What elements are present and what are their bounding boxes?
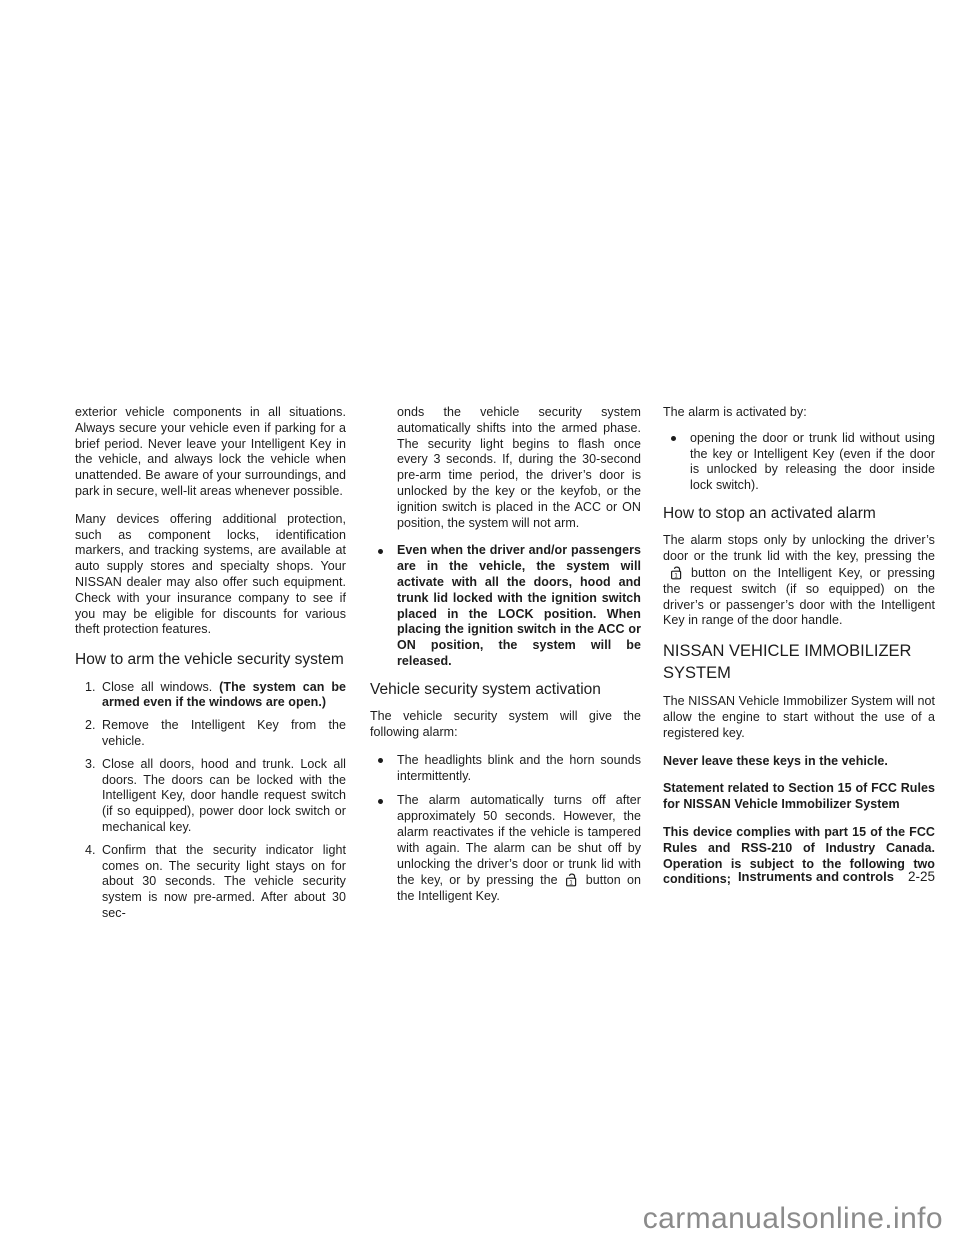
svg-text:1: 1: [569, 880, 573, 887]
column-middle: onds the vehicle security system automat…: [370, 405, 641, 912]
paragraph-prearm-continuation: onds the vehicle security system automat…: [370, 405, 641, 531]
heading-stop-alarm: How to stop an activated alarm: [663, 504, 935, 525]
unlock-icon: 1: [670, 565, 684, 580]
list-item-text: Close all windows.: [102, 680, 219, 694]
bullet-icon: [378, 758, 383, 763]
bullet-item-even-when: Even when the driver and/or passengers a…: [370, 543, 641, 669]
list-number: 3.: [85, 757, 96, 773]
heading-immobilizer-system: NISSAN VEHICLE IMMOBILIZER SYSTEM: [663, 641, 935, 684]
watermark-text: carmanualsonline.info: [643, 1202, 943, 1236]
column-left: exterior vehicle components in all situa…: [75, 405, 346, 929]
numbered-list-item-2: 2. Remove the Intelligent Key from the v…: [75, 718, 346, 750]
heading-how-to-arm: How to arm the vehicle security system: [75, 650, 346, 671]
bullet-text: Even when the driver and/or passengers a…: [397, 543, 641, 668]
bullet-text: The headlights blink and the horn sounds…: [397, 753, 641, 783]
numbered-list-item-3: 3. Close all doors, hood and trunk. Lock…: [75, 757, 346, 836]
paragraph-alarm-activated-by: The alarm is activated by:: [663, 405, 935, 421]
unlock-icon: 1: [565, 872, 579, 887]
list-number: 2.: [85, 718, 96, 734]
paragraph-text: button on the Intelligent Key, or pressi…: [663, 566, 935, 627]
paragraph-stop-alarm: The alarm stops only by unlocking the dr…: [663, 533, 935, 629]
bullet-item-headlights: The headlights blink and the horn sounds…: [370, 753, 641, 785]
list-number: 4.: [85, 843, 96, 859]
paragraph-alarm-intro: The vehicle security system will give th…: [370, 709, 641, 741]
bullet-text: opening the door or trunk lid without us…: [690, 431, 935, 492]
bullet-item-opening-door: opening the door or trunk lid without us…: [663, 431, 935, 494]
svg-text:1: 1: [674, 572, 678, 579]
heading-activation: Vehicle security system activation: [370, 680, 641, 701]
list-item-text: Close all doors, hood and trunk. Lock al…: [102, 757, 346, 834]
bullet-icon: [378, 799, 383, 804]
bullet-item-alarm-off: The alarm automatically turns off after …: [370, 793, 641, 905]
paragraph-never-leave-keys: Never leave these keys in the vehicle.: [663, 754, 935, 770]
list-item-text: Confirm that the security indicator ligh…: [102, 843, 346, 920]
paragraph-protection-devices: Many devices offering additional protect…: [75, 512, 346, 638]
bullet-icon: [671, 436, 676, 441]
list-item-text: Remove the Intelligent Key from the vehi…: [102, 718, 346, 748]
footer-section-title: Instruments and controls: [738, 869, 894, 884]
paragraph-immobilizer: The NISSAN Vehicle Immobilizer System wi…: [663, 694, 935, 741]
paragraph-text: The alarm stops only by unlocking the dr…: [663, 533, 935, 563]
numbered-list-item-4: 4. Confirm that the security indicator l…: [75, 843, 346, 922]
page-footer: Instruments and controls2-25: [738, 869, 935, 885]
list-number: 1.: [85, 680, 96, 696]
bullet-icon: [378, 549, 383, 554]
column-right: The alarm is activated by: opening the d…: [663, 405, 935, 900]
manual-page: exterior vehicle components in all situa…: [0, 0, 960, 1242]
footer-page-number: 2-25: [908, 869, 935, 884]
paragraph-fcc-statement-heading: Statement related to Section 15 of FCC R…: [663, 781, 935, 813]
paragraph-security-advice: exterior vehicle components in all situa…: [75, 405, 346, 500]
numbered-list-item-1: 1. Close all windows. (The system can be…: [75, 680, 346, 712]
